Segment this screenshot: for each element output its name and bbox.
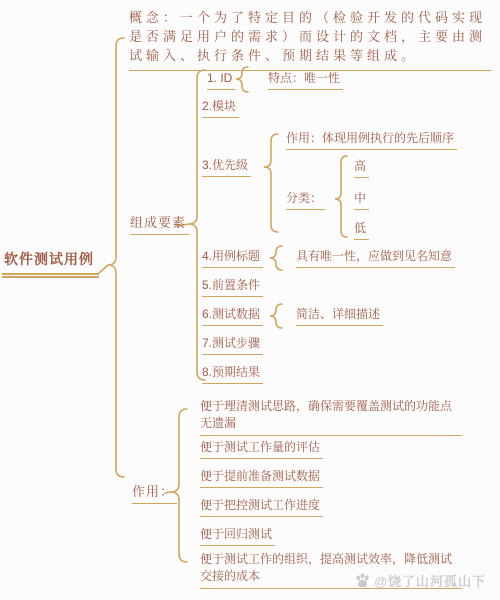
mindmap: 软件测试用例 概念：一个为了特定目的（检验开发的代码实现是否满足用户的需求）而设… (0, 0, 500, 600)
element-item-id-detail[interactable]: 特点：唯一性 (268, 71, 343, 90)
watermark-text: @饶了山河孤山下 (374, 571, 486, 590)
root-node[interactable]: 软件测试用例 (2, 252, 99, 275)
brace-priority (264, 134, 278, 232)
role-item-clear-thinking[interactable]: 便于理清测试思路，确保需要覆盖测试的功能点无遗漏 (200, 398, 462, 436)
brace-testdata (270, 304, 282, 328)
role-item-progress[interactable]: 便于把控测试工作进度 (200, 498, 323, 517)
element-item-priority[interactable]: 3.优先级 (202, 158, 251, 177)
element-item-teststeps[interactable]: 7.测试步骤 (202, 336, 263, 355)
role-item-regression[interactable]: 便于回归测试 (200, 527, 275, 546)
role-item-workload[interactable]: 便于测试工作量的评估 (200, 440, 323, 459)
element-item-title-detail[interactable]: 具有唯一性，应做到见名知意 (296, 249, 455, 268)
element-item-testdata-detail[interactable]: 简洁、详细描述 (296, 307, 383, 326)
brace-title (270, 246, 282, 270)
elements-branch-label[interactable]: 组成要素 (130, 215, 189, 235)
roles-branch-label[interactable]: 作用： (132, 484, 177, 504)
priority-role-node[interactable]: 作用：体现用例执行的先后顺序 (286, 131, 457, 150)
element-item-title[interactable]: 4.用例标题 (202, 249, 263, 268)
priority-level-low[interactable]: 低 (354, 221, 369, 240)
priority-level-medium[interactable]: 中 (354, 191, 369, 210)
brace-root (108, 38, 124, 477)
stub-root (99, 265, 108, 273)
priority-category-label[interactable]: 分类： (286, 191, 325, 210)
watermark: @饶了山河孤山下 (354, 571, 486, 590)
element-item-module[interactable]: 2.模块 (202, 99, 239, 118)
priority-level-high[interactable]: 高 (354, 159, 369, 178)
brace-category (335, 156, 347, 237)
element-item-testdata[interactable]: 6.测试数据 (202, 307, 263, 326)
concept-node[interactable]: 概念：一个为了特定目的（检验开发的代码实现是否满足用户的需求）而设计的文档，主要… (129, 8, 491, 71)
role-item-prepare-data[interactable]: 便于提前准备测试数据 (200, 469, 323, 488)
baidu-paw-icon (354, 572, 371, 589)
element-item-precondition[interactable]: 5.前置条件 (202, 278, 263, 297)
element-item-id[interactable]: 1. ID (207, 71, 235, 90)
element-item-expected[interactable]: 8.预期结果 (202, 365, 263, 384)
